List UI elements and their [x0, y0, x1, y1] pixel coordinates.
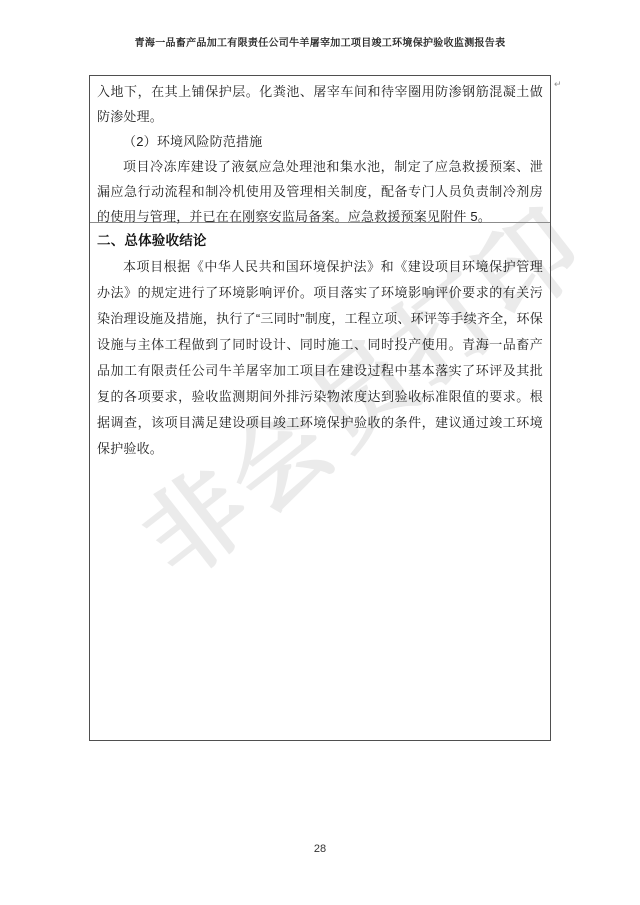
- report-table: 入地下，在其上铺保护层。化粪池、屠宰车间和待宰圈用防渗钢筋混凝土做防渗处理。 （…: [89, 75, 551, 741]
- table-cell-conclusion: 二、总体验收结论 本项目根据《中华人民共和国环境保护法》和《建设项目环境保护管理…: [90, 223, 550, 740]
- report-header-title: 青海一品畜产品加工有限责任公司牛羊屠宰加工项目竣工环境保护验收监测报告表: [0, 34, 640, 49]
- page-number: 28: [0, 843, 640, 855]
- measures-paragraph-continuation: 入地下，在其上铺保护层。化粪池、屠宰车间和待宰圈用防渗钢筋混凝土做防渗处理。: [97, 79, 543, 129]
- paragraph-return-mark: ↵: [554, 79, 562, 90]
- page-content: 青海一品畜产品加工有限责任公司牛羊屠宰加工项目竣工环境保护验收监测报告表 ↵ 入…: [0, 0, 640, 905]
- measures-subheading-risk-prevention: （2）环境风险防范措施: [97, 129, 543, 154]
- conclusion-paragraph: 本项目根据《中华人民共和国环境保护法》和《建设项目环境保护管理办法》的规定进行了…: [97, 254, 543, 462]
- document-page: 非会员打印 青海一品畜产品加工有限责任公司牛羊屠宰加工项目竣工环境保护验收监测报…: [0, 0, 640, 905]
- measures-paragraph-emergency: 项目冷冻库建设了液氨应急处理池和集水池，制定了应急救援预案、泄漏应急行动流程和制…: [97, 154, 543, 229]
- conclusion-heading: 二、总体验收结论: [97, 226, 543, 254]
- table-cell-measures: 入地下，在其上铺保护层。化粪池、屠宰车间和待宰圈用防渗钢筋混凝土做防渗处理。 （…: [90, 76, 550, 223]
